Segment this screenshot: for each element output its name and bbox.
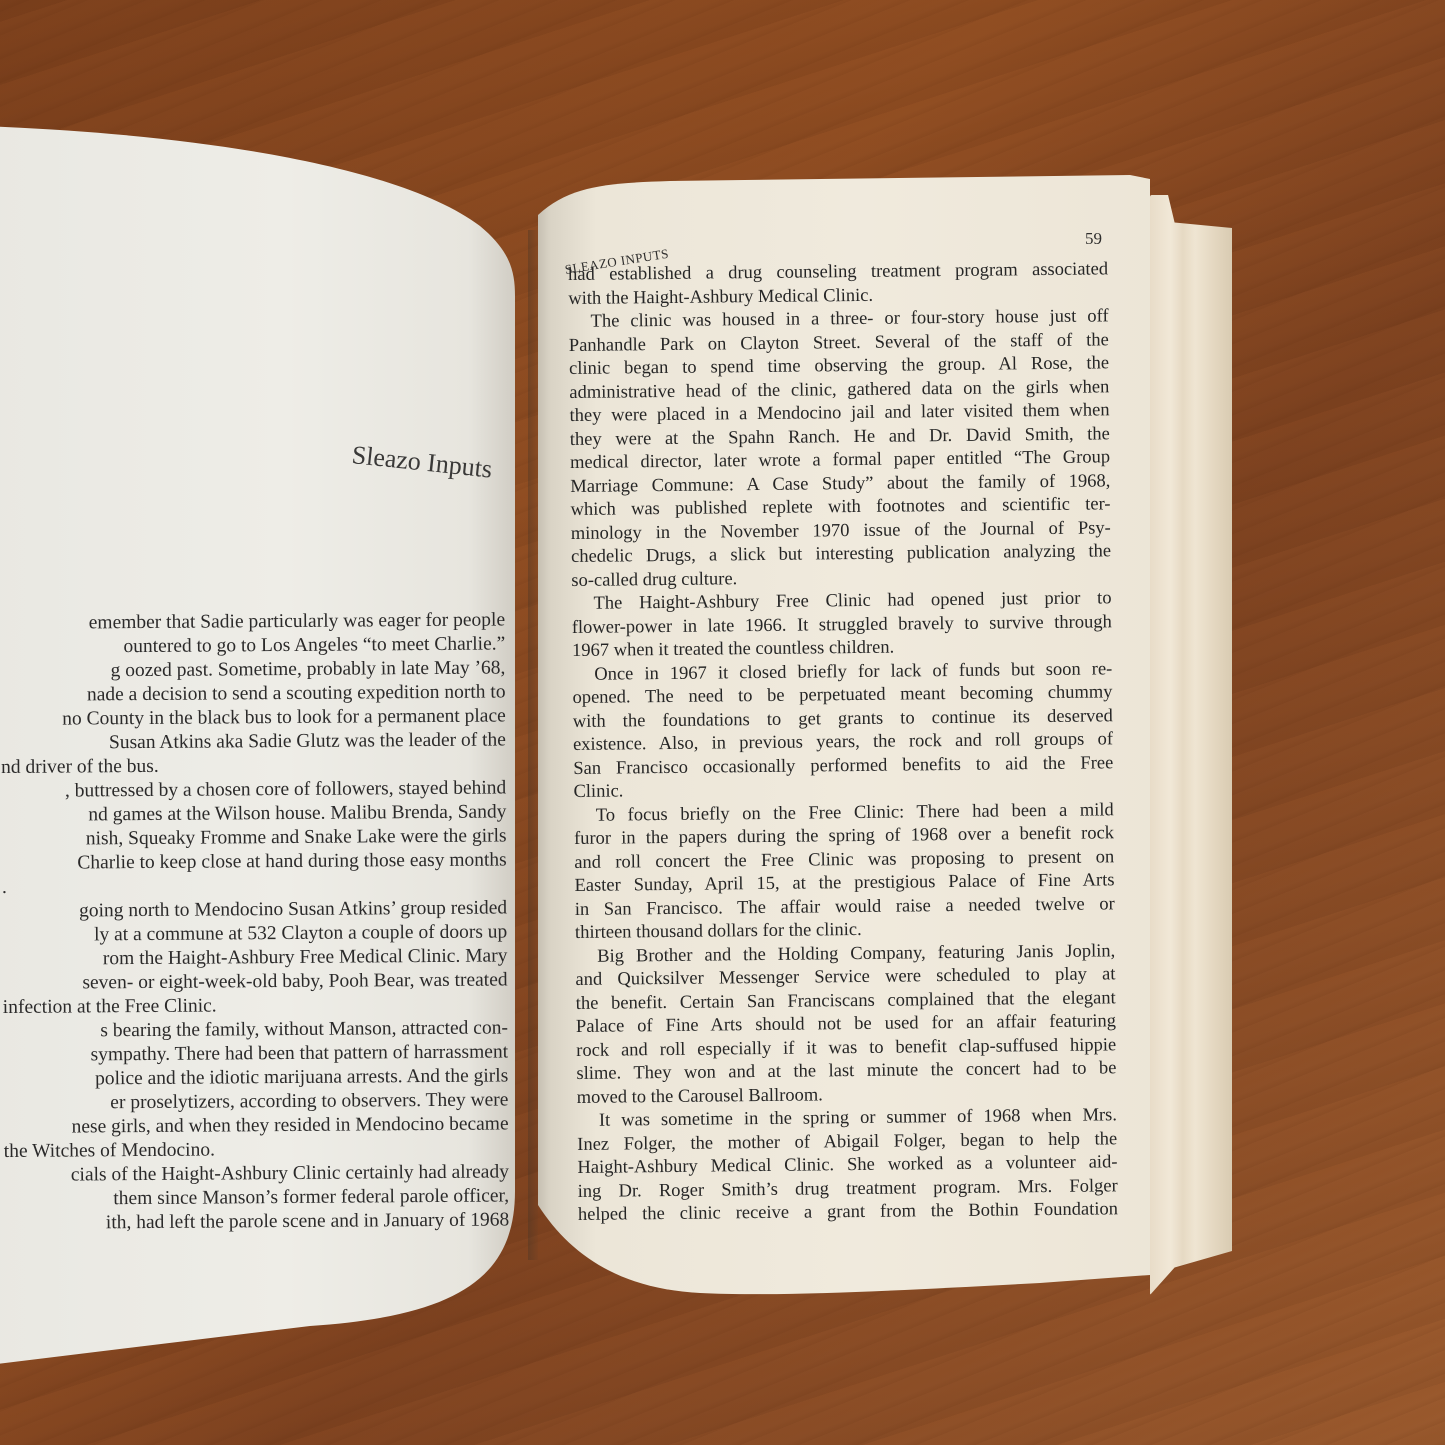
open-book: Sleazo Inputs emember that Sadie particu… bbox=[0, 0, 1445, 1445]
text-line: er proselytizers, according to observers… bbox=[3, 1088, 508, 1116]
text-line: the Witches of Mendocino. bbox=[4, 1136, 509, 1164]
text-line: infection at the Free Clinic. bbox=[3, 992, 508, 1020]
text-line: emember that Sadie particularly was eage… bbox=[0, 608, 505, 636]
text-line: nade a decision to send a scouting exped… bbox=[1, 680, 506, 708]
text-line: ith, had left the parole scene and in Ja… bbox=[4, 1208, 509, 1236]
text-line: . bbox=[2, 872, 507, 900]
right-page-body: had established a drug counseling treatm… bbox=[568, 258, 1118, 1227]
text-line: Charlie to keep close at hand during tho… bbox=[2, 848, 507, 876]
page-number: 59 bbox=[1085, 229, 1102, 249]
text-line: police and the idiotic marijuana arrests… bbox=[3, 1064, 508, 1092]
text-line: no County in the black bus to look for a… bbox=[1, 704, 506, 732]
text-line: seven- or eight-week-old baby, Pooh Bear… bbox=[3, 968, 508, 996]
page-block-edge bbox=[1150, 195, 1232, 1295]
text-line: nese girls, and when they resided in Men… bbox=[4, 1112, 509, 1140]
text-line: going north to Mendocino Susan Atkins’ g… bbox=[2, 896, 507, 924]
text-line: nish, Squeaky Fromme and Snake Lake were… bbox=[2, 824, 507, 852]
text-line: rom the Haight-Ashbury Free Medical Clin… bbox=[2, 944, 507, 972]
text-line: nd games at the Wilson house. Malibu Bre… bbox=[1, 800, 506, 828]
text-line: g oozed past. Sometime, probably in late… bbox=[0, 656, 505, 684]
left-page-body: emember that Sadie particularly was eage… bbox=[0, 608, 509, 1236]
text-line: sympathy. There had been that pattern of… bbox=[3, 1040, 508, 1068]
book-gutter bbox=[528, 230, 538, 1260]
text-line: them since Manson’s former federal parol… bbox=[4, 1184, 509, 1212]
text-line: s bearing the family, without Manson, at… bbox=[3, 1016, 508, 1044]
text-line: , buttressed by a chosen core of followe… bbox=[1, 776, 506, 804]
text-line: ly at a commune at 532 Clayton a couple … bbox=[2, 920, 507, 948]
text-line: Susan Atkins aka Sadie Glutz was the lea… bbox=[1, 728, 506, 756]
text-line: ountered to go to Los Angeles “to meet C… bbox=[0, 632, 505, 660]
text-line: nd driver of the bus. bbox=[1, 752, 506, 780]
text-line: cials of the Haight-Ashbury Clinic certa… bbox=[4, 1160, 509, 1188]
